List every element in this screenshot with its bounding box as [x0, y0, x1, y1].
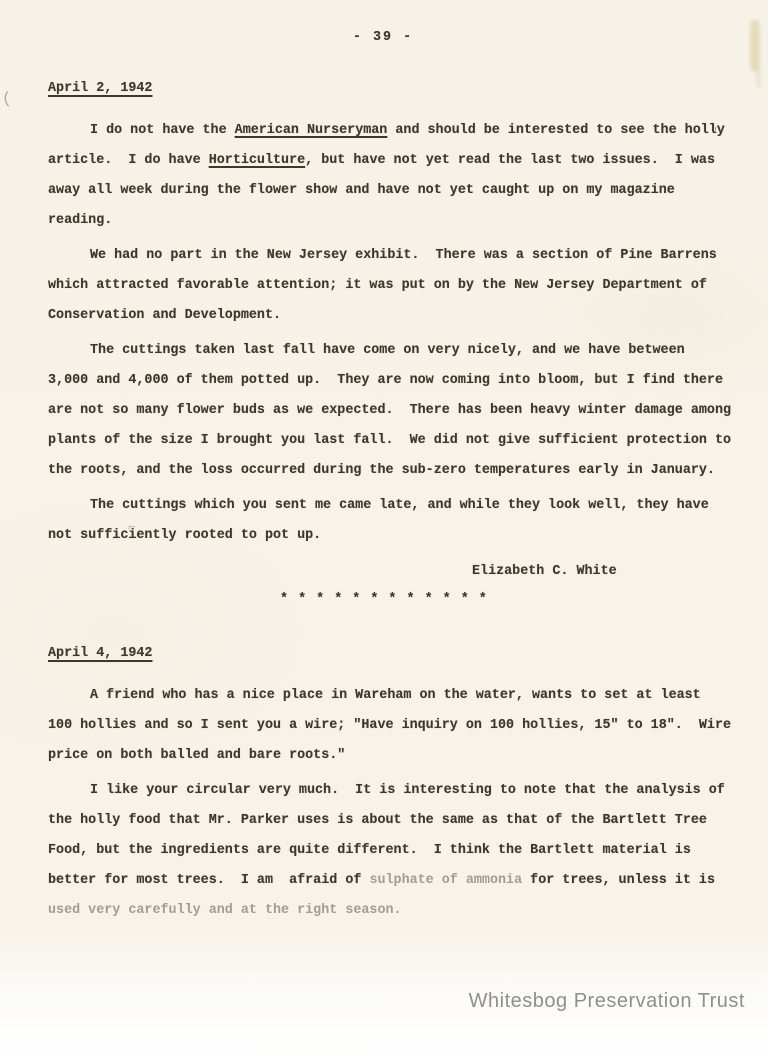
letter-april-4: April 4, 1942 A friend who has a nice pl… [48, 639, 718, 926]
text-line: used very carefully and at the right sea… [48, 896, 718, 926]
letter-date-heading: April 4, 1942 [48, 639, 718, 669]
text-line: better for most trees. I am afraid of su… [48, 866, 718, 896]
text-line: We had no part in the New Jersey exhibit… [48, 241, 718, 271]
text-line: A friend who has a nice place in Wareham… [48, 681, 718, 711]
page-number: - 39 - [48, 28, 718, 48]
scan-artifact-tape-smudge-lower [756, 70, 761, 88]
scan-artifact-paren: ( [1, 90, 12, 109]
text-line: The cuttings which you sent me came late… [48, 491, 718, 521]
text-line: the roots, and the loss occurred during … [48, 456, 718, 486]
letter-body: A friend who has a nice place in Wareham… [48, 681, 718, 926]
scan-artifact-speck: ' [712, 126, 719, 140]
text-line: article. I do have Horticulture, but hav… [48, 146, 718, 176]
text-line: I like your circular very much. It is in… [48, 776, 718, 806]
text-line: are not so many flower buds as we expect… [48, 396, 718, 426]
text-line: price on both balled and bare roots." [48, 741, 718, 771]
scanned-letter-page: - 39 - April 2, 1942 I do not have the A… [0, 0, 768, 1056]
letter-date-heading: April 2, 1942 [48, 74, 718, 104]
signature: Elizabeth C. White [472, 557, 718, 587]
text-line: plants of the size I brought you last fa… [48, 426, 718, 456]
text-line: I do not have the American Nurseryman an… [48, 116, 718, 146]
text-line: 100 hollies and so I sent you a wire; "H… [48, 711, 718, 741]
text-line: Food, but the ingredients are quite diff… [48, 836, 718, 866]
text-line: the holly food that Mr. Parker uses is a… [48, 806, 718, 836]
paragraph: I do not have the American Nurseryman an… [48, 116, 718, 236]
text-line: not sufficiently rooted to pot up. [48, 521, 718, 551]
text-line: Conservation and Development. [48, 301, 718, 331]
scan-artifact-tape-smudge [750, 20, 760, 72]
paragraph: I like your circular very much. It is in… [48, 776, 718, 926]
watermark: Whitesbog Preservation Trust [469, 990, 745, 1013]
text-line: reading. [48, 206, 718, 236]
text-line: The cuttings taken last fall have come o… [48, 336, 718, 366]
text-line: away all week during the flower show and… [48, 176, 718, 206]
paragraph: The cuttings taken last fall have come o… [48, 336, 718, 486]
asterisk-separator: * * * * * * * * * * * * [48, 587, 718, 613]
paragraph: The cuttings which you sent me came late… [48, 491, 718, 551]
letter-april-2: April 2, 1942 I do not have the American… [48, 74, 718, 587]
letter-body: I do not have the American Nurseryman an… [48, 116, 718, 551]
paragraph: A friend who has a nice place in Wareham… [48, 681, 718, 771]
text-line: which attracted favorable attention; it … [48, 271, 718, 301]
text-line: 3,000 and 4,000 of them potted up. They … [48, 366, 718, 396]
paragraph: We had no part in the New Jersey exhibit… [48, 241, 718, 331]
